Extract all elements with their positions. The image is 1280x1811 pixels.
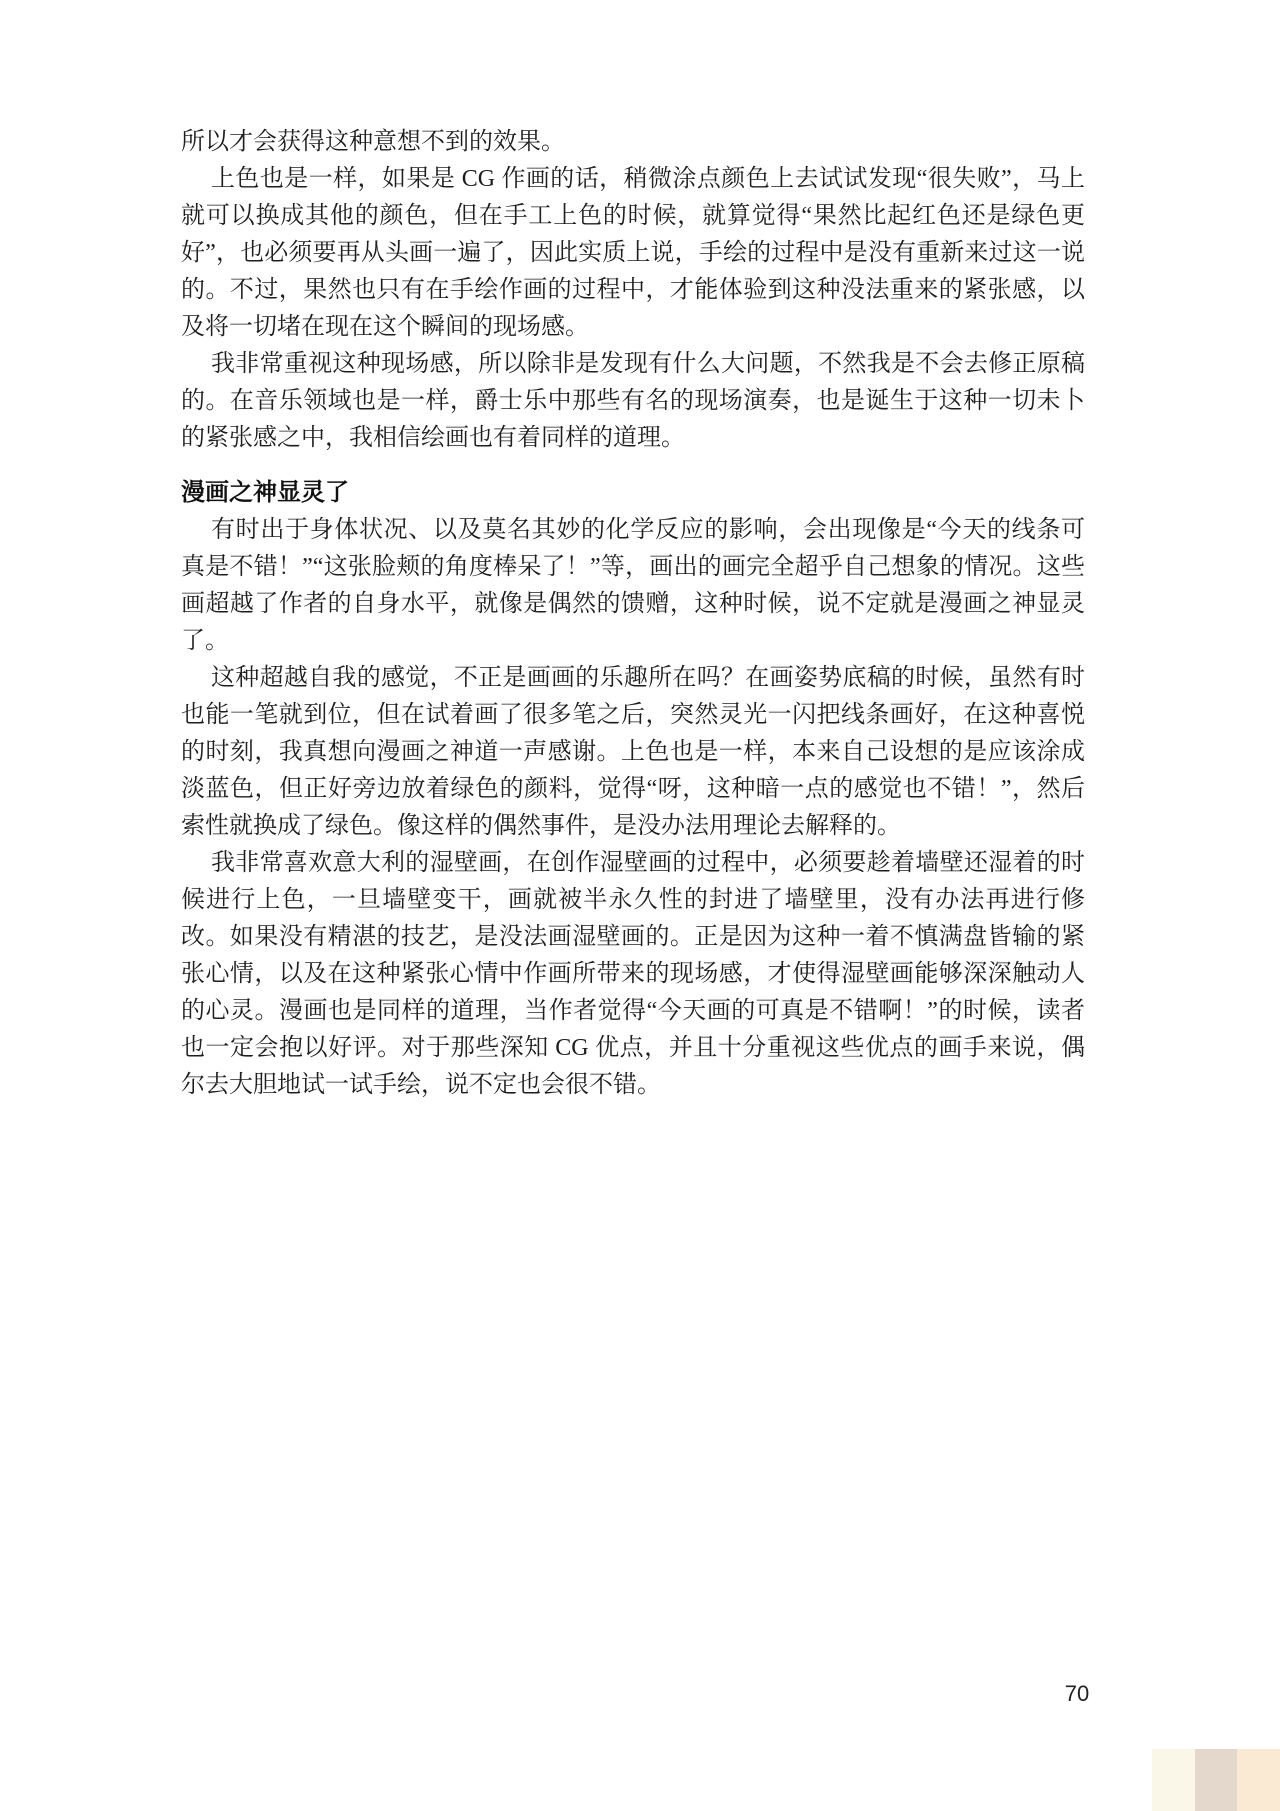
tan-swatch	[1195, 1749, 1238, 1811]
paragraph: 这种超越自我的感觉，不正是画画的乐趣所在吗？在画姿势底稿的时候，虽然有时也能一笔…	[181, 660, 1085, 845]
paragraph: 我非常喜欢意大利的湿壁画，在创作湿壁画的过程中，必须要趁着墙壁还湿着的时候进行上…	[181, 845, 1085, 1104]
article-text-block: 所以才会获得这种意想不到的效果。 上色也是一样，如果是 CG 作画的话，稍微涂点…	[181, 124, 1085, 1104]
paragraph-continuation: 所以才会获得这种意想不到的效果。	[181, 124, 1085, 161]
paragraph: 有时出于身体状况、以及莫名其妙的化学反应的影响，会出现像是“今天的线条可真是不错…	[181, 512, 1085, 660]
paragraph: 我非常重视这种现场感，所以除非是发现有什么大问题，不然我是不会去修正原稿的。在音…	[181, 346, 1085, 457]
section-heading: 漫画之神显灵了	[181, 475, 1085, 512]
peach-swatch	[1237, 1749, 1280, 1811]
paragraph: 上色也是一样，如果是 CG 作画的话，稍微涂点颜色上去试试发现“很失败”，马上就…	[181, 161, 1085, 346]
book-page: 所以才会获得这种意想不到的效果。 上色也是一样，如果是 CG 作画的话，稍微涂点…	[0, 0, 1280, 1811]
cream-swatch	[1152, 1749, 1195, 1811]
corner-color-strip	[1152, 1749, 1280, 1811]
page-number: 70	[1055, 1681, 1099, 1707]
